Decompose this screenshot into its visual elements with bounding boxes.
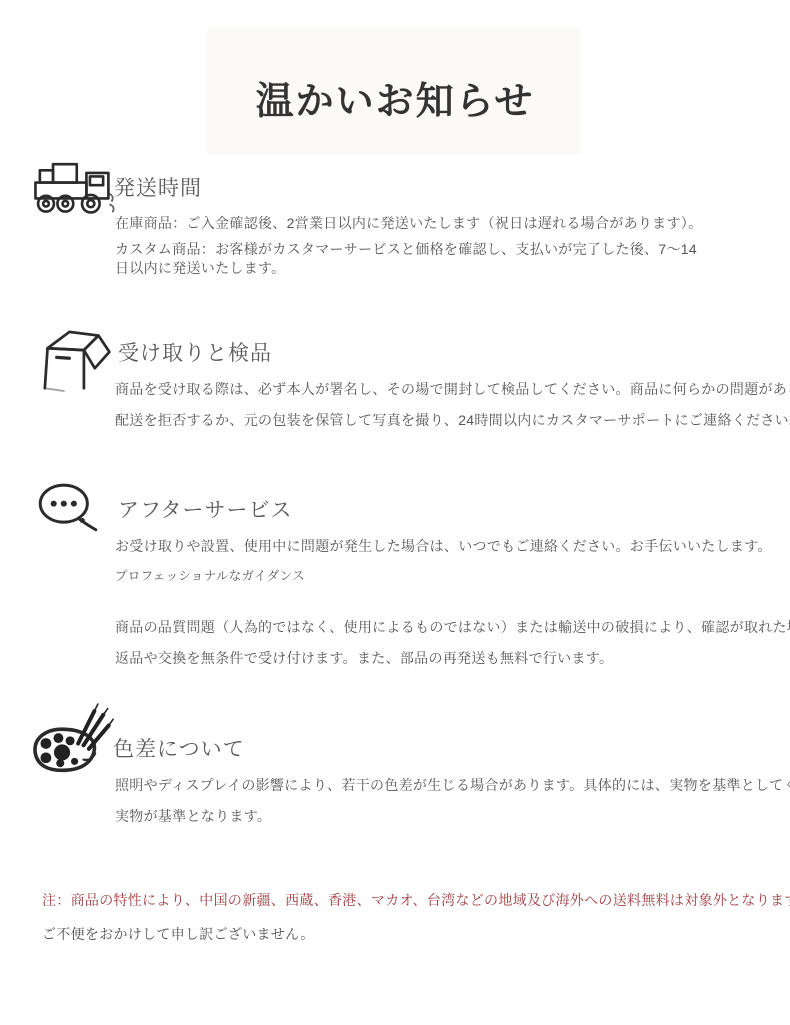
notice-page: { "page": { "title": "温かいお知らせ" }, "color…	[0, 0, 790, 1025]
footer-note-gray: ご不便をおかけして申し訳ございません。	[42, 924, 315, 944]
speech-bubble-icon	[36, 476, 100, 538]
section-heading-after-service: アフターサービス	[118, 494, 293, 524]
paragraph: カスタム商品：お客様がカスタマーサービスと価格を確認し、支払いが完了した後、7～…	[115, 240, 707, 277]
section-heading-shipping: 発送時間	[114, 172, 202, 202]
box-icon	[33, 321, 113, 401]
section-heading-color: 色差について	[113, 733, 245, 763]
paragraph: 実物が基準となります。	[115, 807, 271, 826]
paragraph: 照明やディスプレイの影響により、若干の色差が生じる場合があります。具体的には、実…	[115, 776, 790, 795]
paragraph: 商品の品質問題（人為的ではなく、使用によるものではない）または輸送中の破損により…	[115, 618, 790, 637]
palette-icon	[28, 700, 114, 778]
paragraph: プロフェッショナルなガイダンス	[115, 566, 305, 584]
paragraph: 配送を拒否するか、元の包装を保管して写真を撮り、24時間以内にカスタマーサポート…	[115, 411, 790, 430]
paragraph: 商品を受け取る際は、必ず本人が署名し、その場で開封して検品してください。商品に何…	[115, 380, 790, 399]
section-heading-receipt: 受け取りと検品	[118, 337, 272, 367]
paragraph: 返品や交換を無条件で受け付けます。また、部品の再発送も無料で行います。	[115, 649, 613, 668]
page-title: 温かいお知らせ	[0, 70, 790, 125]
truck-icon	[31, 158, 119, 216]
paragraph: お受け取りや設置、使用中に問題が発生した場合は、いつでもご連絡ください。お手伝い…	[115, 537, 772, 556]
paragraph: 在庫商品：ご入金確認後、2営業日以内に発送いたします（祝日は遅れる場合があります…	[115, 214, 702, 233]
footer-note-red: 注：商品の特性により、中国の新疆、西蔵、香港、マカオ、台湾などの地域及び海外への…	[42, 890, 790, 910]
